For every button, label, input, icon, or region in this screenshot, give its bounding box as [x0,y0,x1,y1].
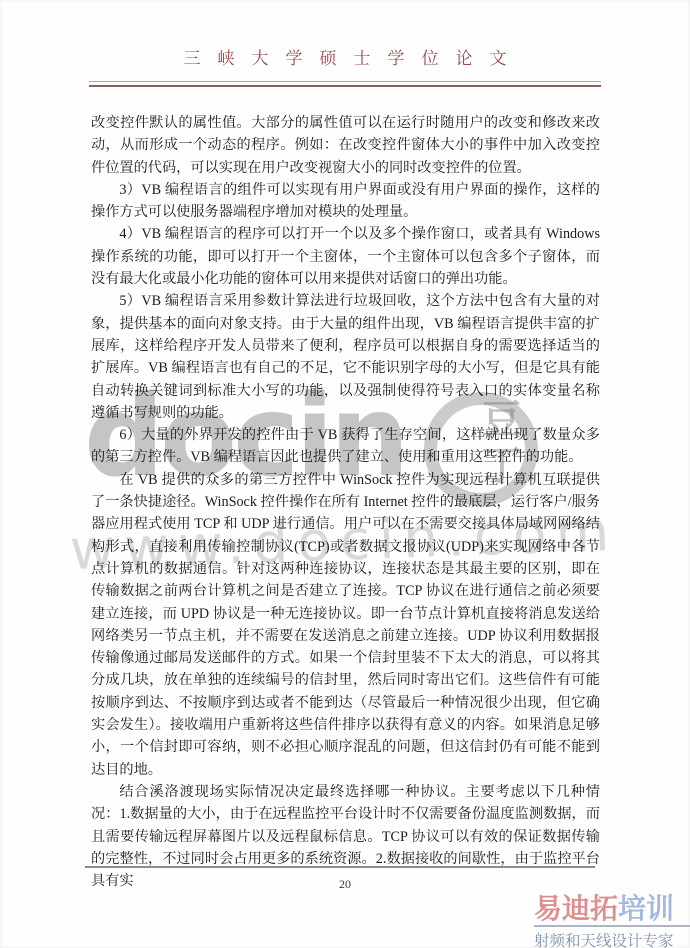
page-number: 20 [0,877,690,892]
thesis-body: 改变控件默认的属性值。大部分的属性值可以在运行时随用户的改变和修改来改动，从而形… [91,112,600,892]
paragraph-protocol-choice: 结合溪洛渡现场实际情况决定最终选择哪一种协议。主要考虑以下几种情况：1.数据量的… [91,781,600,892]
paragraph-properties-continuation: 改变控件默认的属性值。大部分的属性值可以在运行时随用户的改变和修改来改动，从而形… [91,112,600,179]
brand-tagline: 射频和天线设计专家 [534,929,690,948]
paragraph-item-6: 6）大量的外界开发的控件由于 VB 获得了生存空间，这样就出现了数量众多的第三方… [91,424,600,469]
page-header: 三峡大学硕士学位论文 [0,0,690,87]
footer-divider [85,866,595,868]
brand-divider [534,925,690,927]
paragraph-winsock: 在 VB 提供的众多的第三方控件中 WinSock 控件为实现远程计算机互联提供… [91,469,600,781]
thesis-page: docin 豆丁 www.docin.com 三峡大学硕士学位论文 改变控件默认… [0,0,690,948]
brand-name: 易迪拓培训 [534,895,690,923]
brand-name-red: 易迪拓 [534,892,618,925]
brand-watermark: 易迪拓培训 射频和天线设计专家 [534,895,690,948]
paragraph-item-3: 3）VB 编程语言的组件可以实现有用户界面或没有用户界面的操作，这样的操作方式可… [91,179,600,224]
paragraph-item-4: 4）VB 编程语言的程序可以打开一个以及多个操作窗口，或者具有 Windows … [91,223,600,290]
brand-name-blue: 培训 [618,892,674,925]
thesis-header-title: 三峡大学硕士学位论文 [0,44,690,69]
header-divider [89,81,601,87]
paragraph-item-5: 5）VB 编程语言采用参数计算法进行垃圾回收，这个方法中包含有大量的对象，提供基… [91,290,600,424]
